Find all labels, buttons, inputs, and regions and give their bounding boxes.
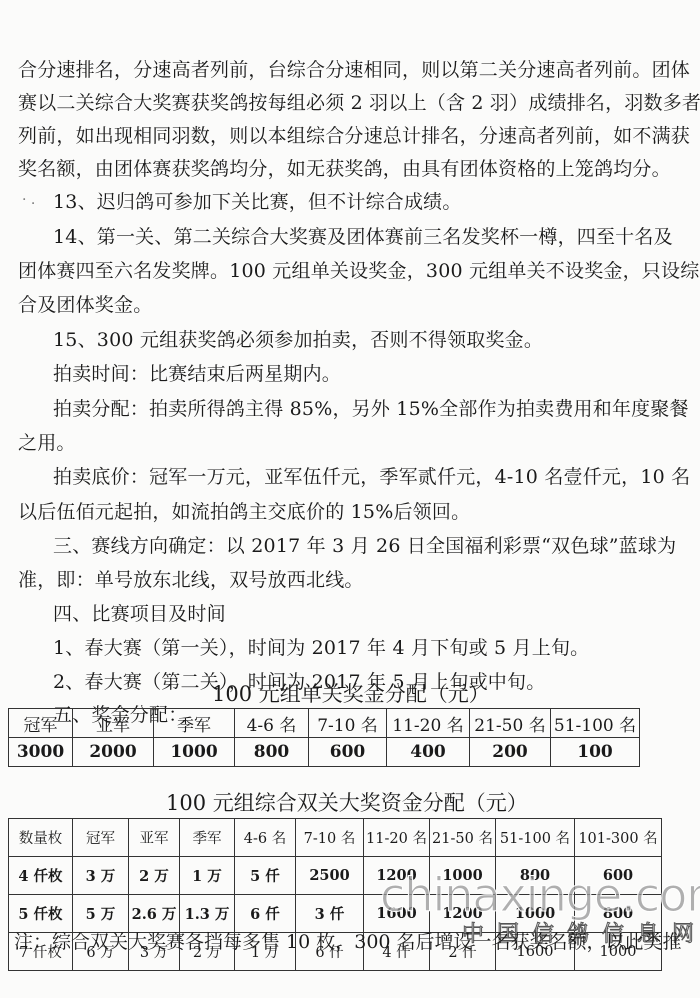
- table1-header-cell: 7-10 名: [309, 709, 387, 738]
- table1-title: 100 元组单关奖金分配（元）: [212, 681, 490, 707]
- text-line: 团体赛四至六名发奖牌。100 元组单关设奖金，300 元组单关不设奖金，只设综: [18, 259, 699, 283]
- table2-header-cell: 11-20 名: [364, 819, 430, 857]
- text-line: 合及团体奖金。: [18, 293, 152, 317]
- table1-header-cell: 冠军: [9, 709, 73, 738]
- text-line: 以后伍佰元起拍，如流拍鸽主交底价的 15%后领回。: [18, 500, 470, 524]
- text-line: 15、300 元组获奖鸽必须参加拍卖，否则不得领取奖金。: [53, 328, 543, 352]
- table2-header-cell: 51-100 名: [496, 819, 575, 857]
- table1-header-cell: 11-20 名: [387, 709, 470, 738]
- text-line: 赛以二关综合大奖赛获奖鸽按每组必须 2 羽以上（含 2 羽）成绩排名，羽数多者: [18, 91, 700, 115]
- table1-header-cell: 亚军: [73, 709, 154, 738]
- table1-header-cell: 季军: [154, 709, 235, 738]
- table1-header-cell: 51-100 名: [551, 709, 640, 738]
- watermark-domain: chinaxinge.com: [380, 868, 700, 922]
- table2-header-row: 数量枚 冠军 亚军 季军 4-6 名 7-10 名 11-20 名 21-50 …: [9, 819, 662, 857]
- table1-header-cell: 21-50 名: [470, 709, 551, 738]
- table1-value-cell: 200: [470, 738, 551, 767]
- single-stage-prize-table: 冠军 亚军 季军 4-6 名 7-10 名 11-20 名 21-50 名 51…: [8, 708, 640, 767]
- text-line: 14、第一关、第二关综合大奖赛及团体赛前三名发奖杯一樽，四至十名及: [53, 225, 673, 249]
- text-line: 拍卖分配：拍卖所得鸽主得 85%，另外 15%全部作为拍卖费用和年度聚餐: [53, 397, 689, 421]
- footnote: 注：综合双关大奖赛各挡每多售 10 枚，300 名后增设一名获奖名额，以此类推: [14, 930, 682, 954]
- text-line: 13、迟归鸽可参加下关比赛，但不计综合成绩。: [53, 190, 462, 214]
- scan-dots: · .: [22, 192, 35, 208]
- table2-cell: 1 万: [180, 857, 235, 895]
- table2-cell: 6 仟: [235, 895, 296, 933]
- table1-value-cell: 2000: [73, 738, 154, 767]
- table1-header-cell: 4-6 名: [235, 709, 309, 738]
- text-line: 奖名额，由团体赛获奖鸽均分，如无获奖鸽，由具有团体资格的上笼鸽均分。: [18, 157, 671, 181]
- text-line: 拍卖底价：冠军一万元，亚军伍仟元，季军贰仟元，4-10 名壹仟元，10 名: [53, 465, 690, 489]
- table2-header-cell: 21-50 名: [430, 819, 496, 857]
- table1-value-cell: 800: [235, 738, 309, 767]
- table1-value-cell: 600: [309, 738, 387, 767]
- table2-cell: 2 万: [129, 857, 180, 895]
- table2-title: 100 元组综合双关大奖资金分配（元）: [166, 790, 528, 816]
- table2-cell: 2.6 万: [129, 895, 180, 933]
- text-line: 1、春大赛（第一关），时间为 2017 年 4 月下旬或 5 月上旬。: [53, 636, 589, 660]
- table2-cell: 2500: [296, 857, 364, 895]
- table1-value-row: 3000 2000 1000 800 600 400 200 100: [9, 738, 640, 767]
- table2-cell: 3 仟: [296, 895, 364, 933]
- table1-value-cell: 400: [387, 738, 470, 767]
- text-line: 之用。: [18, 431, 76, 455]
- table2-cell: 4 仟枚: [9, 857, 73, 895]
- table2-header-cell: 数量枚: [9, 819, 73, 857]
- table1-value-cell: 100: [551, 738, 640, 767]
- table1-header-row: 冠军 亚军 季军 4-6 名 7-10 名 11-20 名 21-50 名 51…: [9, 709, 640, 738]
- table2-header-cell: 101-300 名: [575, 819, 662, 857]
- table2-cell: 1.3 万: [180, 895, 235, 933]
- table2-header-cell: 7-10 名: [296, 819, 364, 857]
- table1-value-cell: 1000: [154, 738, 235, 767]
- table2-header-cell: 冠军: [73, 819, 129, 857]
- text-line: 准，即：单号放东北线，双号放西北线。: [18, 568, 364, 592]
- text-line: 列前，如出现相同羽数，则以本组综合分速总计排名，分速高者列前，如不满获: [18, 124, 690, 148]
- text-line: 四、比赛项目及时间: [53, 602, 226, 626]
- table1-value-cell: 3000: [9, 738, 73, 767]
- table2-header-cell: 亚军: [129, 819, 180, 857]
- document-page: 合分速排名，分速高者列前，台综合分速相同，则以第二关分速高者列前。团体赛以二关综…: [0, 0, 700, 998]
- text-line: 拍卖时间：比赛结束后两星期内。: [53, 362, 341, 386]
- table2-cell: 5 仟: [235, 857, 296, 895]
- table2-header-cell: 季军: [180, 819, 235, 857]
- text-line: 三、赛线方向确定：以 2017 年 3 月 26 日全国福利彩票“双色球”蓝球为: [53, 534, 676, 558]
- table2-cell: 3 万: [73, 857, 129, 895]
- table2-header-cell: 4-6 名: [235, 819, 296, 857]
- text-line: 合分速排名，分速高者列前，台综合分速相同，则以第二关分速高者列前。团体: [18, 58, 690, 82]
- table2-cell: 5 万: [73, 895, 129, 933]
- table2-cell: 5 仟枚: [9, 895, 73, 933]
